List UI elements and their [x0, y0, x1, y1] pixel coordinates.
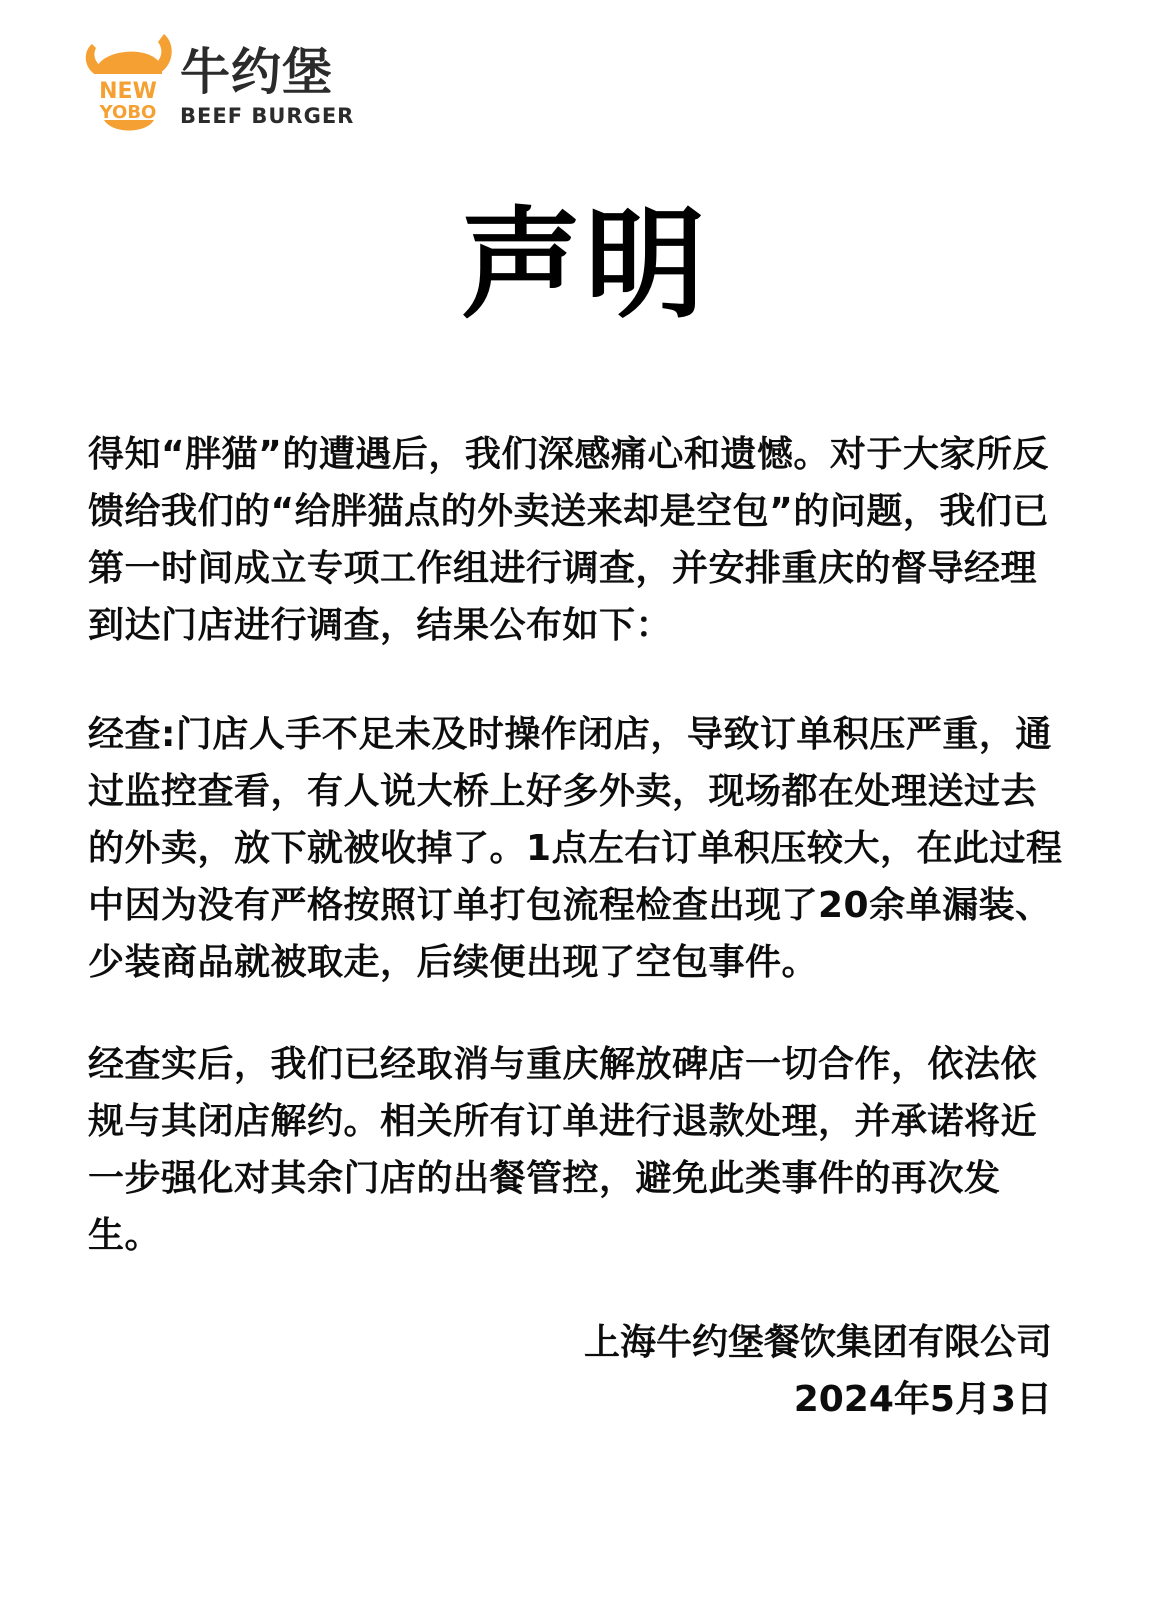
signature-date: 2024年5月3日: [584, 1371, 1052, 1428]
signature-company: 上海牛约堡餐饮集团有限公司: [584, 1314, 1052, 1371]
page-title: 声明: [0, 196, 1170, 336]
paragraph-findings: 经查:门店人手不足未及时操作闭店，导致订单积压严重，通过监控查看，有人说大桥上好…: [88, 706, 1073, 991]
svg-text:NEW: NEW: [99, 79, 157, 104]
paragraph-actions: 经查实后，我们已经取消与重庆解放碑店一切合作，依法依规与其闭店解约。相关所有订单…: [88, 1036, 1073, 1264]
brand-logo: NEW YOBO 牛约堡 BEEF BURGER: [78, 30, 358, 140]
brand-name-en: BEEF BURGER: [180, 104, 354, 128]
brand-name-cn: 牛约堡: [180, 44, 333, 100]
bull-head-logo-icon: NEW YOBO: [78, 30, 178, 136]
svg-text:YOBO: YOBO: [99, 102, 157, 123]
paragraph-intro: 得知“胖猫”的遭遇后，我们深感痛心和遗憾。对于大家所反馈给我们的“给胖猫点的外卖…: [88, 426, 1073, 654]
signature-block: 上海牛约堡餐饮集团有限公司 2024年5月3日: [584, 1314, 1052, 1428]
